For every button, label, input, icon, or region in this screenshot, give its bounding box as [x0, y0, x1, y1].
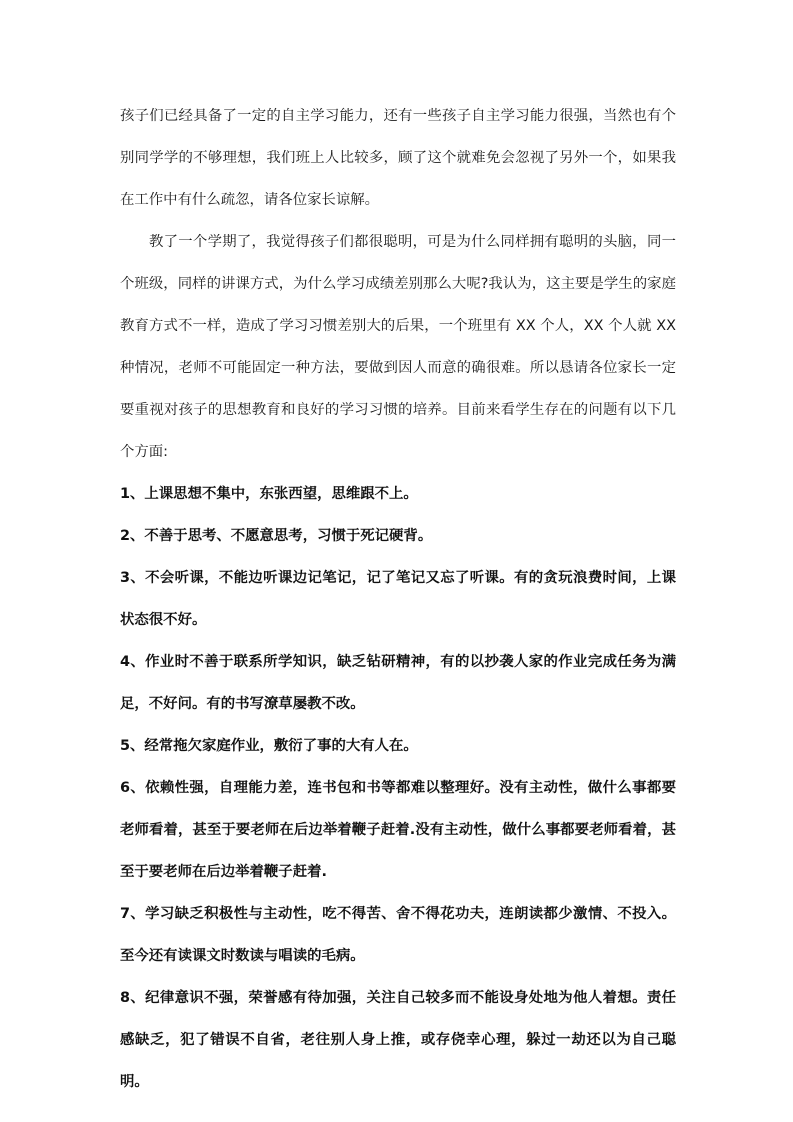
- body-paragraph: 教了一个学期了，我觉得孩子们都很聪明，可是为什么同样拥有聪明的头脑，同一个班级，…: [120, 221, 676, 473]
- problem-item-6: 6、依赖性强，自理能力差，连书包和书等都难以整理好。没有主动性，做什么事都要老师…: [120, 767, 676, 893]
- intro-paragraph: 孩子们已经具备了一定的自主学习能力，还有一些孩子自主学习能力很强，当然也有个别同…: [120, 95, 676, 221]
- problem-item-5: 5、经常拖欠家庭作业，敷衍了事的大有人在。: [120, 725, 676, 767]
- problem-item-1: 1、上课思想不集中，东张西望，思维跟不上。: [120, 473, 676, 515]
- problem-item-7: 7、学习缺乏积极性与主动性，吃不得苦、舍不得花功夫，连朗读都少激情、不投入。至今…: [120, 893, 676, 977]
- problem-item-3: 3、不会听课，不能边听课边记笔记，记了笔记又忘了听课。有的贪玩浪费时间，上课状态…: [120, 557, 676, 641]
- problem-item-4: 4、作业时不善于联系所学知识，缺乏钻研精神，有的以抄袭人家的作业完成任务为满足，…: [120, 641, 676, 725]
- problem-item-8: 8、纪律意识不强，荣誉感有待加强，关注自己较多而不能设身处地为他人着想。责任感缺…: [120, 977, 676, 1103]
- problem-item-2: 2、不善于思考、不愿意思考，习惯于死记硬背。: [120, 515, 676, 557]
- problem-list: 1、上课思想不集中，东张西望，思维跟不上。 2、不善于思考、不愿意思考，习惯于死…: [120, 473, 676, 1103]
- document-page: 孩子们已经具备了一定的自主学习能力，还有一些孩子自主学习能力很强，当然也有个别同…: [120, 95, 676, 1103]
